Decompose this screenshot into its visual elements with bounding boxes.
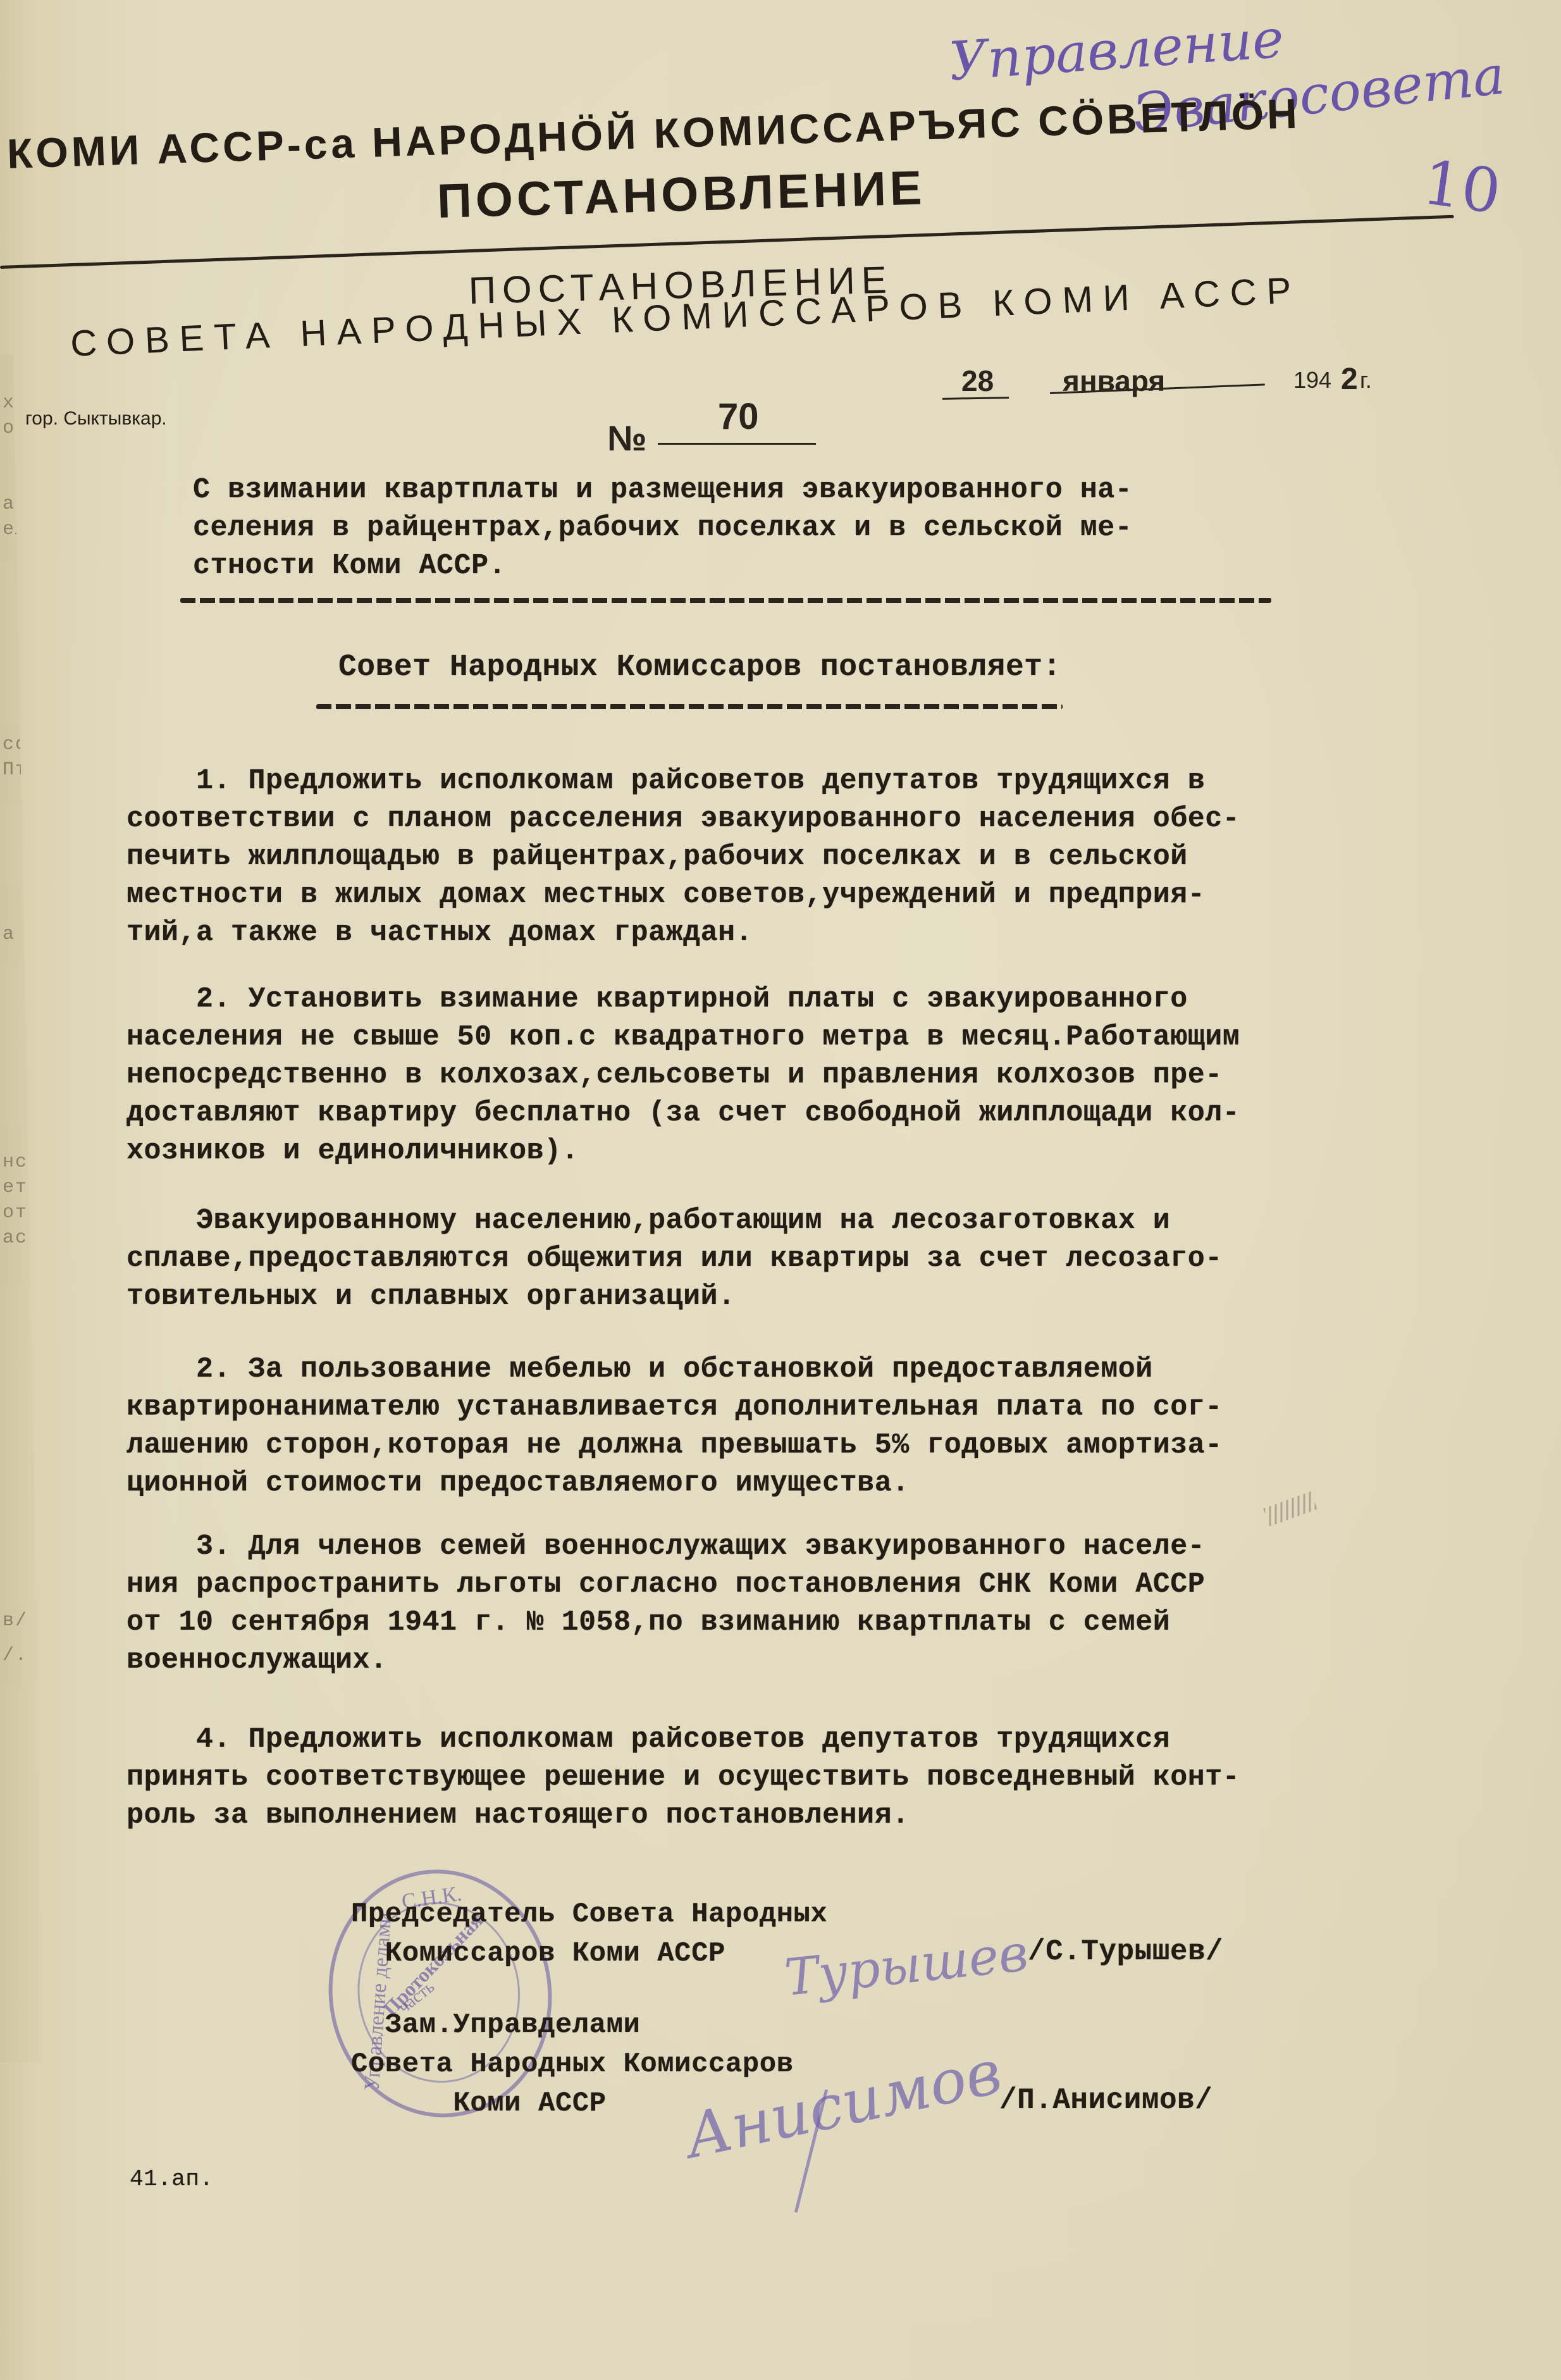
subject-dashed-rule bbox=[180, 598, 1271, 603]
letterhead-komi-title: ПОСТАНОВЛЕНИЕ bbox=[436, 160, 927, 229]
underlying-text-fragment: ат bbox=[3, 493, 28, 515]
date-year-prefix: 194 bbox=[1293, 367, 1331, 394]
letterhead-city: гор. Сыктывкар. bbox=[25, 408, 167, 430]
underlying-sheet-edge: х о ат ел сот Пт а ж нс ет от ас в/ /. bbox=[0, 354, 44, 2062]
paragraph-furniture-fee: 2. За пользование мебелью и обстановкой … bbox=[126, 1351, 1223, 1503]
date-day-underline bbox=[942, 397, 1009, 400]
date-day: 28 bbox=[961, 364, 994, 398]
letterhead-komi-line: КОМИ АССР-са НАРОДНÖЙ КОМИССАРЪЯС СÖВЕТЛ… bbox=[6, 89, 1301, 178]
pencil-mark bbox=[1263, 1491, 1317, 1527]
chairman-name: /С.Турышев/ bbox=[1028, 1933, 1223, 1971]
date-year-suffix: г. bbox=[1360, 367, 1372, 394]
decree-preamble: Совет Народных Комиссаров постановляет: bbox=[338, 648, 1061, 686]
document-page: х о ат ел сот Пт а ж нс ет от ас в/ /. У… bbox=[0, 0, 1561, 2380]
decree-number-underline bbox=[658, 443, 816, 445]
decree-number-label: № bbox=[607, 418, 646, 459]
paragraph-military-families: 3. Для членов семей военнослужащих эваку… bbox=[126, 1528, 1205, 1680]
underlying-text-fragment: ет bbox=[3, 1177, 28, 1198]
underlying-text-fragment: /. bbox=[3, 1645, 28, 1666]
decree-subject: С взимании квартплаты и размещения эваку… bbox=[193, 471, 1132, 585]
typist-code: 41.ап. bbox=[130, 2160, 214, 2198]
underlying-text-fragment: сот bbox=[3, 734, 40, 755]
underlying-text-fragment: о bbox=[3, 418, 15, 439]
letterhead-divider bbox=[0, 215, 1454, 269]
decree-number-value: 70 bbox=[718, 395, 759, 438]
underlying-text-fragment: Пт bbox=[3, 759, 28, 781]
underlying-text-fragment: нс bbox=[3, 1151, 28, 1173]
underlying-text-fragment: х bbox=[3, 392, 15, 414]
underlying-text-fragment: ел bbox=[3, 519, 28, 540]
paragraph-1: 1. Предложить исполкомам райсоветов депу… bbox=[126, 762, 1240, 952]
paragraph-2: 2. Установить взимание квартирной платы … bbox=[126, 981, 1240, 1170]
underlying-text-fragment: а ж bbox=[3, 924, 40, 945]
paragraph-executive-committees: 4. Предложить исполкомам райсоветов депу… bbox=[126, 1721, 1240, 1835]
paragraph-2-continuation: Эвакуированному населению,работающим на … bbox=[126, 1202, 1223, 1316]
preamble-dashed-rule bbox=[316, 704, 1063, 709]
underlying-text-fragment: ас bbox=[3, 1227, 28, 1249]
underlying-text-fragment: от bbox=[3, 1202, 28, 1224]
chairman-title: Председатель Совета Народных Комиссаров … bbox=[351, 1895, 827, 1973]
deputy-manager-name: /П.Анисимов/ bbox=[999, 2081, 1212, 2119]
date-year-digit: 2 bbox=[1341, 362, 1358, 397]
underlying-text-fragment: в/ bbox=[3, 1610, 28, 1632]
